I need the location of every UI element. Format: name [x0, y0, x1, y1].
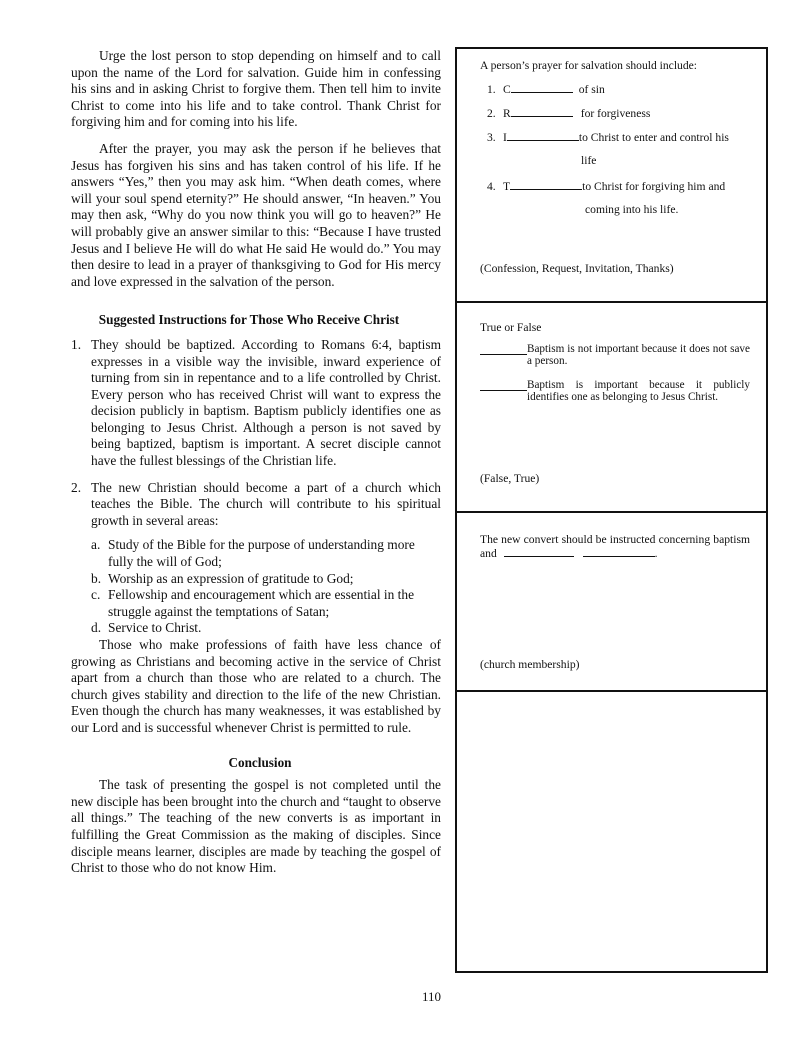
true-false-statement-2: Baptism is important because it publicly… — [480, 379, 750, 404]
sub-item-letter: a. — [91, 537, 100, 554]
sub-item-text: Fellowship and encouragement which are e… — [108, 587, 414, 619]
item-text: to Christ to enter and control his — [579, 131, 729, 145]
sub-item-text: Worship as an expression of gratitude to… — [108, 571, 353, 586]
prayer-review-box: A person’s prayer for salvation should i… — [457, 49, 766, 301]
conclusion-heading: Conclusion — [71, 755, 441, 772]
main-text-column: Urge the lost person to stop depending o… — [71, 48, 441, 877]
instructions-list: 1. They should be baptized. According to… — [71, 337, 441, 737]
answer-blank[interactable] — [480, 379, 527, 391]
prayer-item-2: 2. R for forgiveness — [487, 106, 754, 121]
instruction-item-2: 2. The new Christian should become a par… — [71, 480, 441, 737]
prayer-item-4: 4. T to Christ for forgiving him and — [487, 179, 754, 194]
item-number: 3. — [487, 131, 503, 145]
intro-paragraph-1: Urge the lost person to stop depending o… — [71, 48, 441, 131]
instruction-text: The new Christian should become a part o… — [91, 480, 441, 530]
sub-item-text: Study of the Bible for the purpose of un… — [108, 537, 415, 569]
item-letter: T — [503, 180, 510, 194]
true-false-answer: (False, True) — [480, 472, 539, 486]
true-false-box: True or False Baptism is not important b… — [457, 301, 766, 511]
page-number: 110 — [422, 989, 441, 1005]
sub-item-letter: b. — [91, 571, 101, 588]
conclusion-paragraph: The task of presenting the gospel is not… — [71, 777, 441, 877]
fill-in-blank-1[interactable] — [504, 546, 574, 557]
item-text: for forgiveness — [581, 107, 651, 121]
sub-item-letter: d. — [91, 620, 101, 637]
church-paragraph: Those who make professions of faith have… — [71, 637, 441, 737]
review-sidebar: A person’s prayer for salvation should i… — [455, 47, 768, 973]
convert-instruction-text: The new convert should be instructed con… — [480, 533, 750, 560]
true-false-title: True or False — [480, 321, 541, 335]
sub-item-d: d. Service to Christ. — [91, 620, 441, 637]
sub-item-a: a. Study of the Bible for the purpose of… — [91, 537, 441, 570]
prayer-box-answer: (Confession, Request, Invitation, Thanks… — [480, 262, 674, 276]
item-number: 2. — [487, 107, 503, 121]
statement-text: Baptism is important because it publicly… — [527, 379, 750, 404]
prayer-item-1: 1. C of sin — [487, 82, 754, 97]
fill-in-blank-2[interactable] — [583, 546, 655, 557]
empty-notes-box — [457, 690, 766, 971]
sub-item-letter: c. — [91, 587, 100, 604]
true-false-statement-1: Baptism is not important because it does… — [480, 343, 750, 368]
item-text: to Christ for forgiving him and — [582, 180, 725, 194]
item-text: of sin — [579, 83, 605, 97]
sub-item-b: b. Worship as an expression of gratitude… — [91, 571, 441, 588]
church-benefits-list: a. Study of the Bible for the purpose of… — [91, 537, 441, 637]
prayer-item-3: 3. I to Christ to enter and control his — [487, 130, 754, 145]
statement-text: Baptism is not important because it does… — [527, 343, 750, 368]
fill-in-blank[interactable] — [507, 130, 579, 141]
prayer-box-title: A person’s prayer for salvation should i… — [480, 59, 697, 73]
convert-instruction-box: The new convert should be instructed con… — [457, 511, 766, 690]
fill-in-blank[interactable] — [511, 106, 573, 117]
item-number: 4. — [487, 180, 503, 194]
sub-item-text: Service to Christ. — [108, 620, 201, 635]
item-letter: R — [503, 107, 511, 121]
item-number: 1. — [487, 83, 503, 97]
instruction-number: 2. — [71, 480, 81, 497]
instruction-item-1: 1. They should be baptized. According to… — [71, 337, 441, 470]
fill-in-blank[interactable] — [510, 179, 582, 190]
answer-blank[interactable] — [480, 343, 527, 355]
item-4-continuation: coming into his life. — [585, 203, 678, 217]
instruction-number: 1. — [71, 337, 81, 354]
convert-box-answer: (church membership) — [480, 658, 579, 672]
fill-in-blank[interactable] — [511, 82, 573, 93]
sub-item-c: c. Fellowship and encouragement which ar… — [91, 587, 441, 620]
instruction-text: They should be baptized. According to Ro… — [91, 337, 441, 470]
item-letter: C — [503, 83, 511, 97]
intro-paragraph-2: After the prayer, you may ask the person… — [71, 141, 441, 290]
item-3-continuation: life — [581, 154, 596, 168]
instructions-heading: Suggested Instructions for Those Who Rec… — [71, 312, 441, 329]
